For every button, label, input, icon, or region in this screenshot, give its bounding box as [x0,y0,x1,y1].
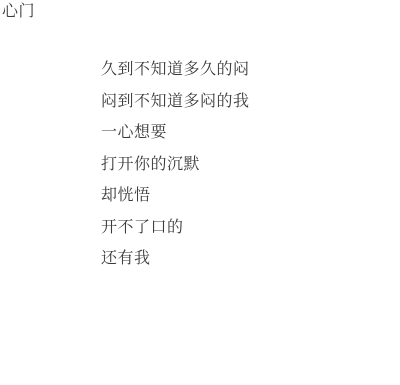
lyrics-block: 久到不知道多久的闷 闷到不知道多闷的我 一心想要 打开你的沉默 却恍悟 开不了口… [101,53,250,274]
lyric-line: 一心想要 [101,116,250,148]
page-title: 心门 [2,1,35,21]
lyric-line: 开不了口的 [101,211,250,243]
lyric-line: 还有我 [101,242,250,274]
lyric-line: 却恍悟 [101,179,250,211]
lyric-line: 久到不知道多久的闷 [101,53,250,85]
lyric-line: 打开你的沉默 [101,148,250,180]
lyric-line: 闷到不知道多闷的我 [101,85,250,117]
